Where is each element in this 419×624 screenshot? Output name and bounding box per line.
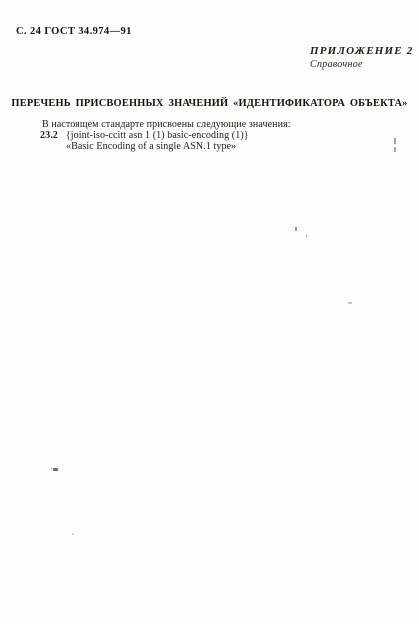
oid-value: {joint-iso-ccitt asn 1 (1) basic-encodin… — [66, 130, 249, 141]
appendix-block: ПРИЛОЖЕНИЕ 2 Справочное — [310, 45, 413, 70]
scanned-document-page: С. 24 ГОСТ 34.974—91 ПРИЛОЖЕНИЕ 2 Справо… — [0, 0, 419, 624]
scan-speck — [394, 138, 396, 144]
scan-speck — [51, 468, 52, 469]
scan-speck — [348, 302, 352, 304]
scan-speck — [306, 235, 307, 238]
appendix-kind: Справочное — [310, 59, 413, 70]
document-title: ПЕРЕЧЕНЬ ПРИСВОЕННЫХ ЗНАЧЕНИЙ «ИДЕНТИФИК… — [0, 98, 419, 109]
oid-description: «Basic Encoding of a single ASN.1 type» — [66, 141, 291, 152]
appendix-label: ПРИЛОЖЕНИЕ 2 — [310, 45, 413, 57]
scan-speck — [53, 468, 58, 471]
scan-speck — [72, 533, 74, 535]
page-header-gost-number: С. 24 ГОСТ 34.974—91 — [16, 26, 132, 37]
body-text-block: В настоящем стандарте присвоены следующи… — [40, 119, 291, 152]
clause-number: 23.2 — [40, 130, 58, 141]
intro-sentence: В настоящем стандарте присвоены следующи… — [42, 119, 291, 130]
scan-speck — [295, 227, 297, 231]
scan-speck — [394, 147, 396, 152]
oid-clause-line: 23.2{joint-iso-ccitt asn 1 (1) basic-enc… — [40, 130, 291, 141]
